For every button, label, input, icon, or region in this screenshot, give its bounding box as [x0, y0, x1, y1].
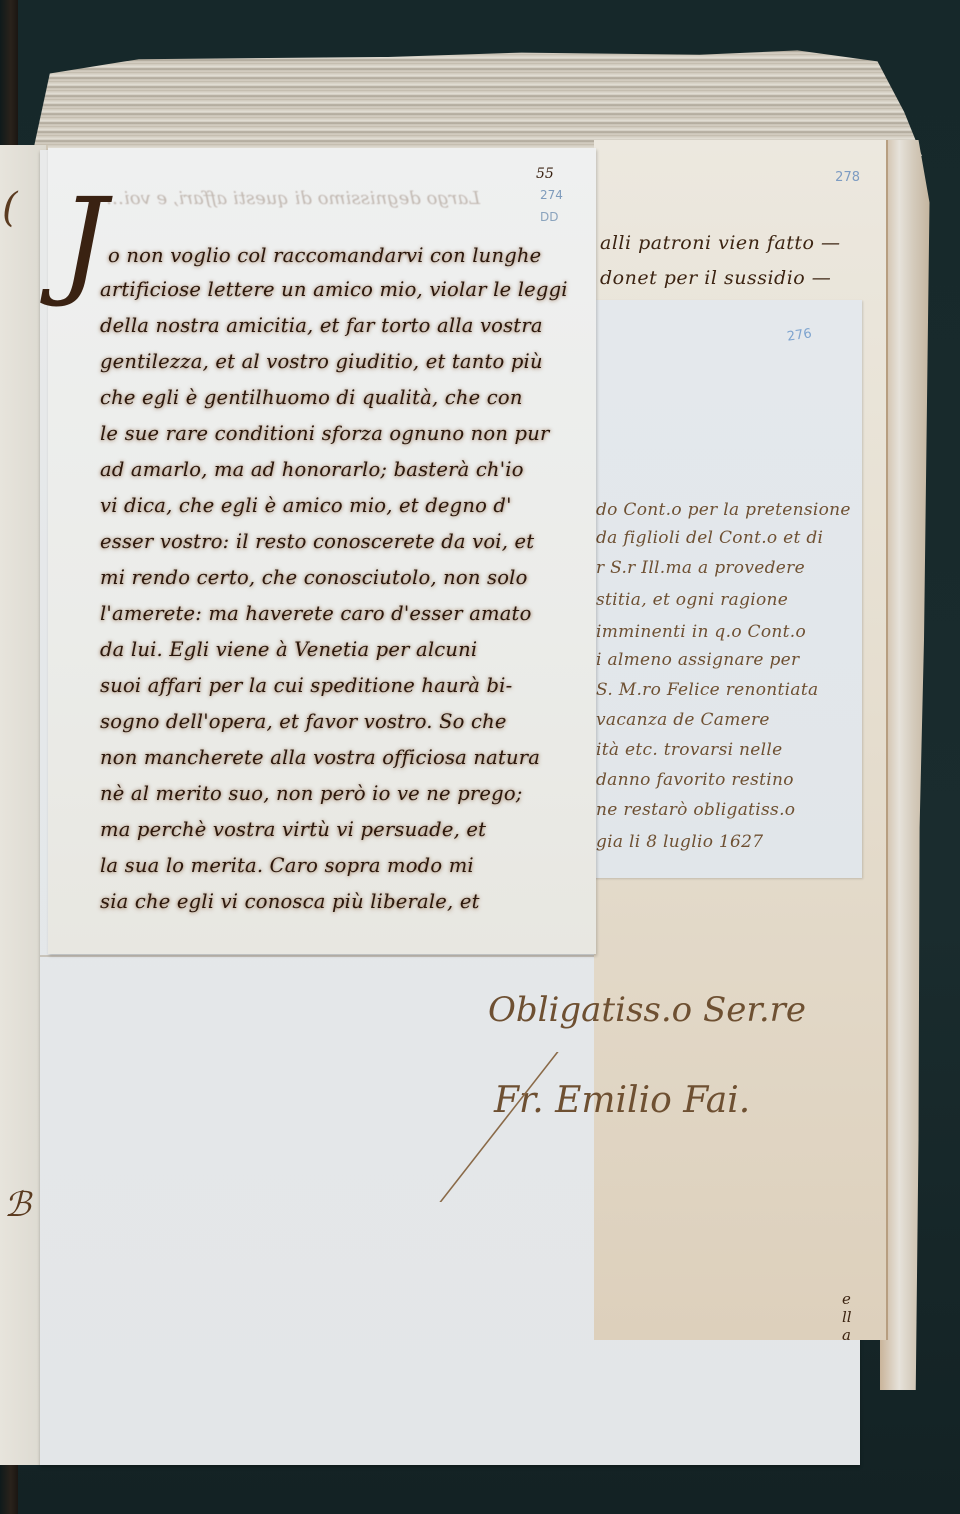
text-line: o non voglio col raccomandarvi con lungh… [108, 244, 541, 267]
text-line: vacanza de Camere [596, 710, 770, 730]
text-line: suoi affari per la cui speditione haurà … [100, 674, 512, 697]
text-line: ità etc. trovarsi nelle [596, 740, 783, 760]
archive-page-number: 276 [786, 326, 813, 344]
text-line: l'amerete: ma haverete caro d'esser amat… [100, 602, 532, 625]
text-line: sia che egli vi conosca più liberale, et [100, 890, 480, 913]
margin-text-fragment: e ll a [842, 1290, 856, 1344]
text-line: la sua lo merita. Caro sopra modo mi [100, 854, 474, 877]
text-line: ad amarlo, ma ad honorarlo; basterà ch'i… [100, 458, 524, 481]
archive-number: 274 [540, 188, 563, 202]
text-line: ma perchè vostra virtù vi persuade, et [100, 818, 486, 841]
text-line: do Cont.o per la pretensione [596, 500, 851, 520]
text-line: imminenti in q.o Cont.o [596, 622, 806, 642]
text-line: della nostra amicitia, et far torto alla… [100, 314, 543, 337]
text-line: gentilezza, et al vostro giuditio, et ta… [100, 350, 543, 373]
text-line: i almeno assignare per [596, 650, 799, 670]
text-line: esser vostro: il resto conoscerete da vo… [100, 530, 534, 553]
text-line: ne restarò obligatiss.o [596, 800, 795, 820]
text-line: mi rendo certo, che conosciutolo, non so… [100, 566, 528, 589]
letter-sheet: 55 274 DD Largo degnissimo di questi aff… [48, 148, 596, 954]
text-line: da lui. Egli viene à Venetia per alcuni [100, 638, 477, 661]
text-line: S. M.ro Felice renontiata [596, 680, 818, 700]
folio-number: 55 [536, 166, 554, 182]
text-line: alli patroni vien fatto — [600, 232, 841, 254]
text-line: donet per il sussidio — [600, 267, 831, 289]
text-line: da figlioli del Cont.o et di [596, 528, 823, 548]
ink-bleed-through: Largo degnissimo di questi affari, e voi… [106, 188, 480, 209]
text-line: vi dica, che egli è amico mio, et degno … [100, 494, 512, 517]
text-line: stitia, et ogni ragione [596, 590, 788, 610]
text-line: artificiose lettere un amico mio, violar… [100, 278, 568, 301]
text-line: gia li 8 luglio 1627 [596, 832, 763, 852]
text-line: non mancherete alla vostra officiosa nat… [100, 746, 540, 769]
text-line: r S.r Ill.ma a provedere [596, 558, 805, 578]
archive-mark: DD [540, 210, 558, 224]
ink-flourish: ( [2, 185, 18, 231]
text-line: che egli è gentilhuomo di qualità, che c… [100, 386, 523, 409]
archive-page-number: 278 [835, 170, 860, 185]
text-line: nè al merito suo, non però io ve ne preg… [100, 782, 523, 805]
text-line: danno favorito restino [596, 770, 794, 790]
pasted-note: 276 do Cont.o per la pretensione da figl… [594, 300, 862, 878]
text-line: sogno dell'opera, et favor vostro. So ch… [100, 710, 507, 733]
signature: Fr. Emilio Fai. [494, 1080, 750, 1121]
text-line: le sue rare conditioni sforza ognuno non… [100, 422, 549, 445]
closing-salutation: Obligatiss.o Ser.re [488, 990, 806, 1030]
ink-flourish: ℬ [4, 1185, 31, 1225]
